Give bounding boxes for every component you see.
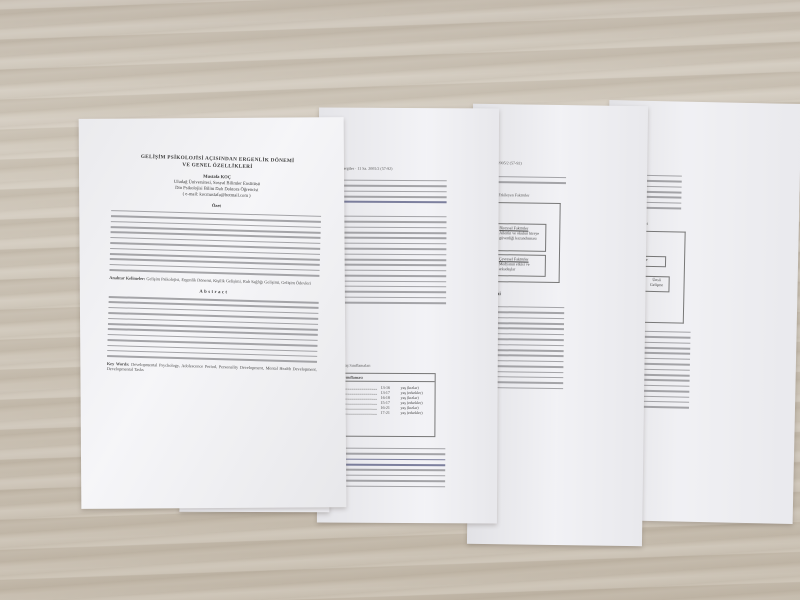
page2-text-bottom	[339, 444, 445, 492]
page2-text-top	[341, 176, 447, 207]
page4-figure-box-development: Ünsü Gelişme	[643, 276, 669, 293]
paper-page-1: GELİŞİM PSİKOLOJİSİ AÇISINDAN ERGENLİK D…	[79, 117, 347, 509]
page2-age-table: Yaş Sınıflaması 13-16yaş (kızlar)13-17ya…	[331, 373, 435, 438]
page3-figure-box-individual: Bireysel Faktörler Ailenin ve okulun bir…	[496, 223, 546, 252]
key-words: Key Words: Developmental Psychology, Ado…	[107, 361, 317, 378]
page2-table-rows: 13-16yaş (kızlar)13-17yaş (erkekler)16-1…	[332, 382, 434, 419]
page1-content: GELİŞİM PSİKOLOJİSİ AÇISINDAN ERGENLİK D…	[107, 153, 323, 378]
abstract-body	[107, 296, 319, 363]
page3-figure-box-environmental: Çevresel Faktörler Medyanın etkisi ve ar…	[496, 254, 546, 277]
table-row: 17-21yaş (erkekler)	[336, 410, 430, 415]
page2-header: ...ergiler · 11 Sa. 2005/2 (57-92)	[341, 166, 393, 171]
page2-text-middle	[340, 212, 446, 308]
ozet-body	[109, 210, 321, 277]
anahtar-kelimeler: Anahtar Kelimeler: Gelişim Psikolojisi, …	[109, 275, 319, 286]
